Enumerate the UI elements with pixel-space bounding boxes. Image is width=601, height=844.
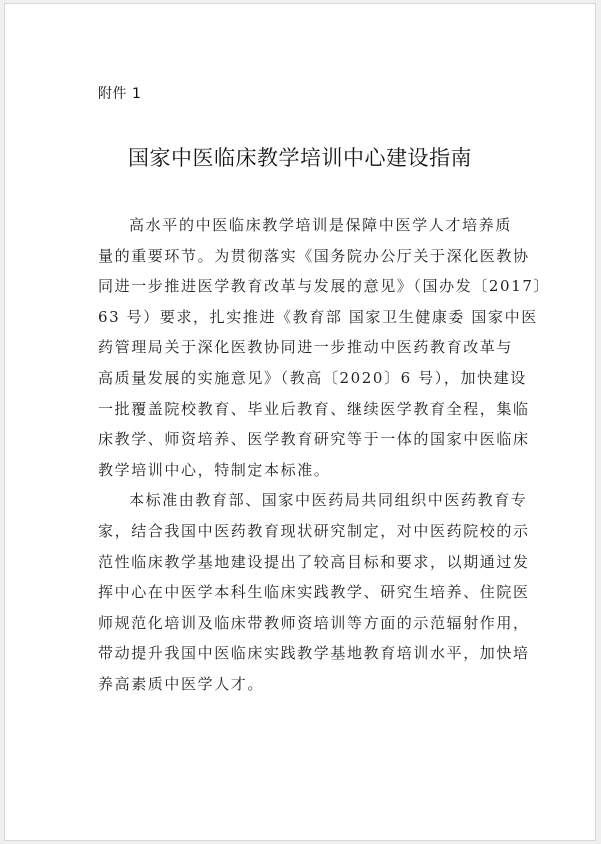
document-title: 国家中医临床教学培训中心建设指南: [5, 142, 595, 172]
text-line: 家，结合我国中医药教育现状研究制定，对中医药院校的示: [98, 516, 512, 547]
text-line: 高水平的中医临床教学培训是保障中医学人才培养质: [98, 210, 512, 241]
document-body: 高水平的中医临床教学培训是保障中医学人才培养质 量的重要环节。为贯彻落实《国务院…: [98, 210, 512, 700]
text-line: 床教学、师资培养、医学教育研究等于一体的国家中医临床: [98, 424, 512, 455]
text-line: 教学培训中心，特制定本标准。: [98, 455, 512, 486]
text-line: 63 号）要求，扎实推进《教育部 国家卫生健康委 国家中医: [98, 302, 512, 333]
attachment-label: 附件 1: [98, 83, 141, 103]
text-line: 量的重要环节。为贯彻落实《国务院办公厅关于深化医教协: [98, 241, 512, 272]
text-line: 师规范化培训及临床带教师资培训等方面的示范辐射作用，: [98, 608, 512, 639]
text-line: 一批覆盖院校教育、毕业后教育、继续医学教育全程，集临: [98, 394, 512, 425]
text-line: 带动提升我国中医临床实践教学基地教育培训水平，加快培: [98, 638, 512, 669]
paragraph-2: 本标准由教育部、国家中医药局共同组织中医药教育专 家，结合我国中医药教育现状研究…: [98, 485, 512, 699]
text-line: 养高素质中医学人才。: [98, 669, 512, 700]
text-line: 本标准由教育部、国家中医药局共同组织中医药教育专: [98, 485, 512, 516]
text-line: 药管理局关于深化医教协同进一步推动中医药教育改革与: [98, 332, 512, 363]
text-line: 挥中心在中医学本科生临床实践教学、研究生培养、住院医: [98, 577, 512, 608]
document-page: 附件 1 国家中医临床教学培训中心建设指南 高水平的中医临床教学培训是保障中医学…: [4, 3, 596, 841]
text-line: 高质量发展的实施意见》（教高〔2020〕6 号），加快建设: [98, 363, 512, 394]
text-line: 范性临床教学基地建设提出了较高目标和要求，以期通过发: [98, 547, 512, 578]
text-line: 同进一步推进医学教育改革与发展的意见》（国办发〔2017〕: [98, 271, 512, 302]
paragraph-1: 高水平的中医临床教学培训是保障中医学人才培养质 量的重要环节。为贯彻落实《国务院…: [98, 210, 512, 485]
